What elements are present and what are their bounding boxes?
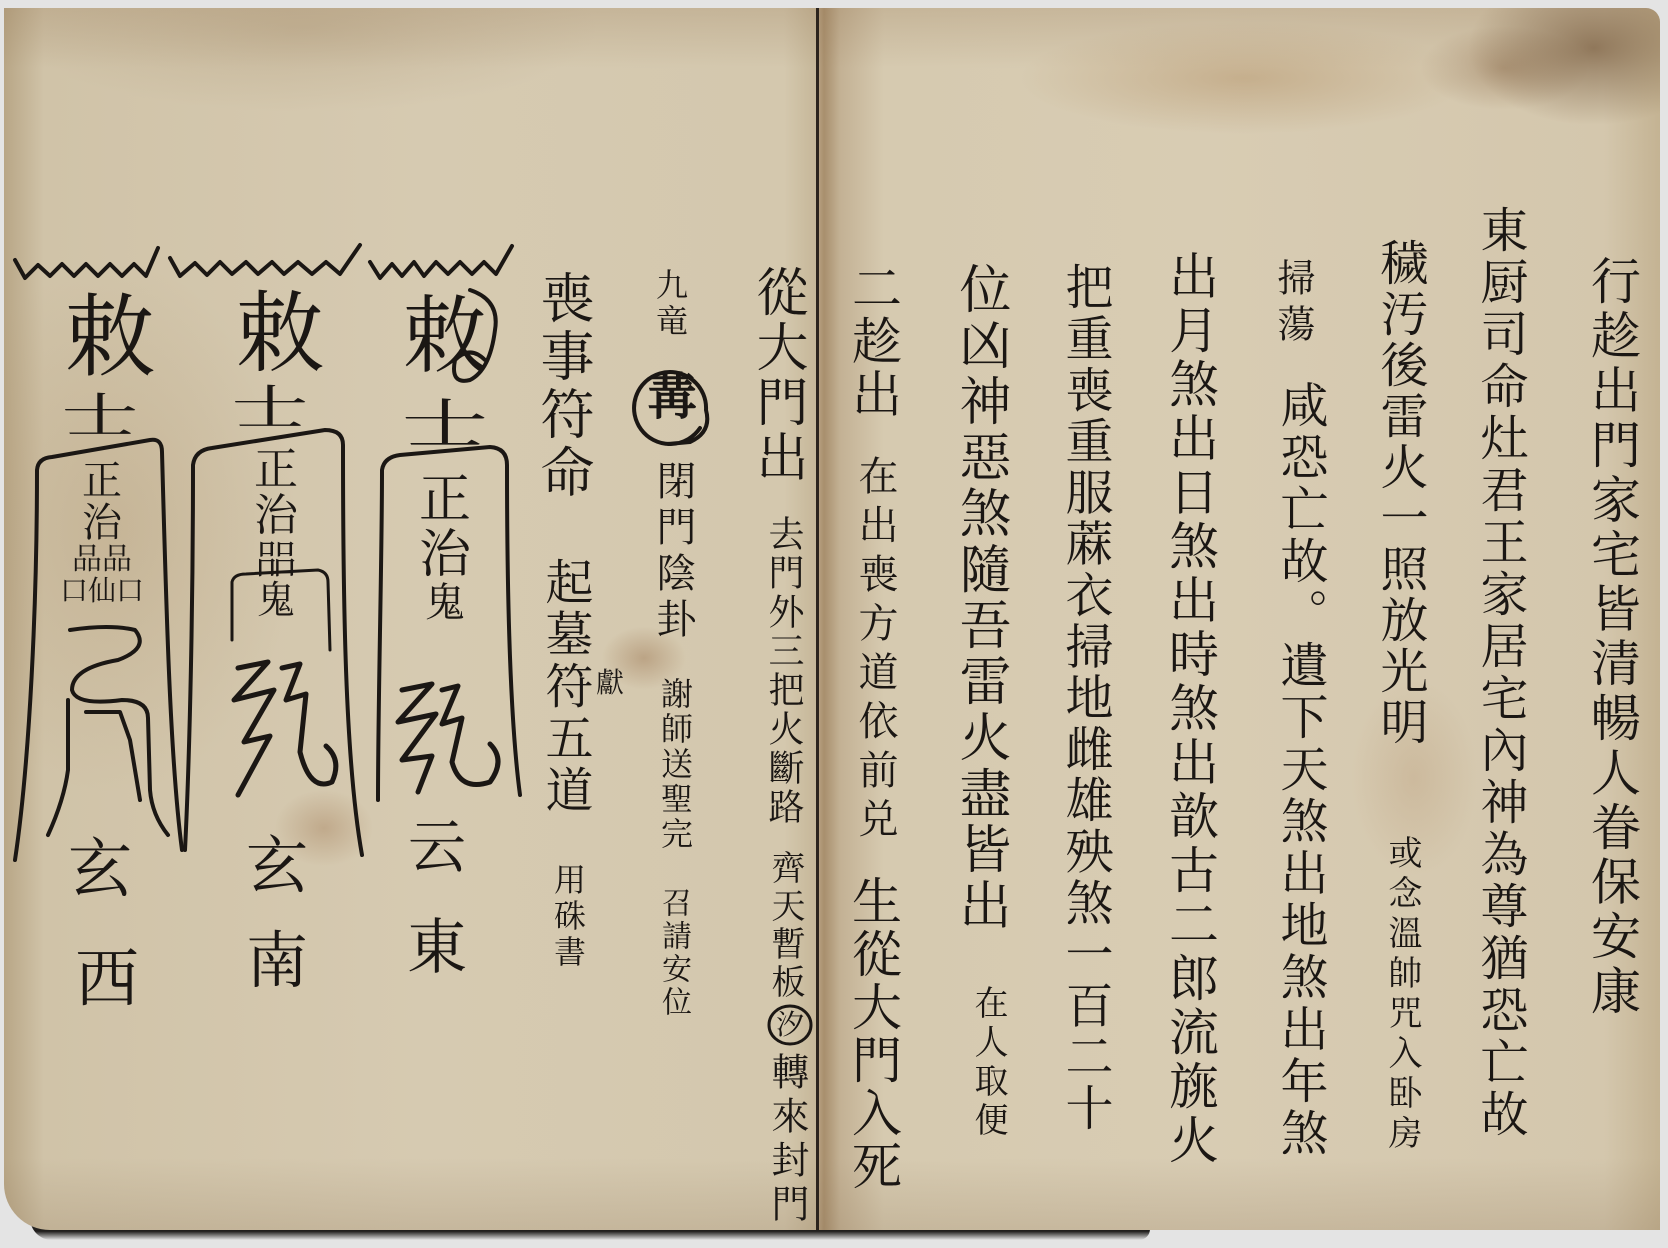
talisman-west-head-glyph: 敕 (65, 293, 155, 383)
talisman-west-foot: 玄 (68, 838, 132, 902)
annotation-column-3: 或念溫帥咒入卧房 (1385, 835, 1419, 1155)
talisman-inner-glyph: 口仙口 (60, 576, 144, 605)
annotation-column-4-top: 掃蕩 (1274, 258, 1312, 350)
talisman-inner-glyph: 正 (82, 460, 122, 502)
right-page (819, 8, 1660, 1230)
left-annotation-2a: 閉門陰卦 (653, 460, 693, 644)
talisman-inner-glyph: 鬼 (257, 581, 295, 621)
left-annotation-2b: 謝師送聖完 (659, 677, 691, 852)
text-column-8-top: 二趁出 (848, 262, 898, 421)
left-annotation-1c: 轉來封門 (768, 1052, 806, 1228)
talisman-south-head-glyph: 敕 (236, 290, 324, 378)
talisman-south-stem-glyph: 士 (232, 384, 309, 432)
talisman-south-foot: 玄 (246, 835, 308, 897)
left-text-column-3b: 起墓符五道 (541, 557, 589, 817)
talisman-inner-glyph: 正 (254, 447, 298, 493)
left-annotation-1b: 齊天暫板 (768, 850, 802, 1002)
talisman-east-head-glyph: 敕 (403, 294, 487, 378)
talisman-east-stem: 士 (418, 398, 472, 452)
text-column-1: 行趁出門家宅皆清暢人眷保安康 (1587, 255, 1637, 1019)
text-column-6: 把重喪重服蔴衣掃地雌雄殃煞一百二十 (1061, 262, 1109, 1134)
text-column-8-bottom: 生從大門入死 (848, 875, 898, 1193)
talisman-inner-glyph: 㗊 (256, 539, 296, 581)
annotation-column-7: 在人取便 (971, 985, 1005, 1141)
talisman-south-direction: 南 (246, 930, 308, 992)
left-annotation-3: 用硃書 (552, 863, 584, 971)
text-column-7: 位凶神惡煞隨吾雷火盡皆出 (954, 262, 1006, 934)
left-annotation-2-top: 九竜 (654, 268, 686, 340)
talisman-west-direction: 西 (75, 948, 139, 1012)
talisman-inner-glyph: 品品 (72, 544, 132, 576)
annotation-column-8: 在出喪方道依前兑 (855, 455, 895, 847)
text-column-3: 穢汚後雷火一照放光明 (1376, 238, 1424, 748)
text-column-2: 東厨司命灶君王家居宅內神為尊猶恐亡故 (1476, 205, 1524, 1141)
manuscript-photo: 行趁出門家宅皆清暢人眷保安康 東厨司命灶君王家居宅內神為尊猶恐亡故 穢汚後雷火一… (0, 0, 1668, 1248)
talisman-west-stem: 士 (76, 392, 124, 440)
talisman-west-stem-glyph: 士 (62, 392, 139, 440)
binding-gutter (816, 8, 819, 1230)
talisman-inner-glyph: 治 (254, 493, 298, 539)
circled-character: 汐 (776, 1011, 804, 1039)
talisman-inner-glyph: 治 (419, 528, 471, 583)
talisman-inner-glyph: 治 (82, 502, 122, 544)
left-annotation-2c: 召請安位 (658, 887, 688, 1019)
left-text-column-1: 從大門出 (751, 265, 803, 485)
talisman-south-inner: 正 治 㗊 鬼 (254, 447, 298, 621)
seal-character: 冓 (647, 372, 697, 422)
talisman-east-inner: 正 治 鬼 (419, 473, 471, 624)
text-column-4: 咸恐亡故。遺下天煞出地煞出年煞 (1276, 380, 1324, 1160)
talisman-east-direction: 東 (407, 918, 467, 978)
talisman-east-stem-glyph: 士 (402, 398, 488, 452)
talisman-west-inner: 正 治 品品 口仙口 (60, 460, 144, 605)
left-annotation-1a: 去門外三把火斷路 (765, 515, 801, 827)
talisman-inner-glyph: 鬼 (425, 582, 465, 624)
talisman-south-stem: 士 (246, 384, 294, 432)
talisman-east-foot: 云 (408, 818, 466, 876)
left-text-column-3: 喪事符命 (536, 270, 590, 502)
left-side-note: 獻 (596, 669, 624, 697)
text-column-5: 出月煞出日煞出時煞出歆古二郎流旐火 (1165, 250, 1215, 1168)
talisman-inner-glyph: 正 (419, 473, 471, 528)
